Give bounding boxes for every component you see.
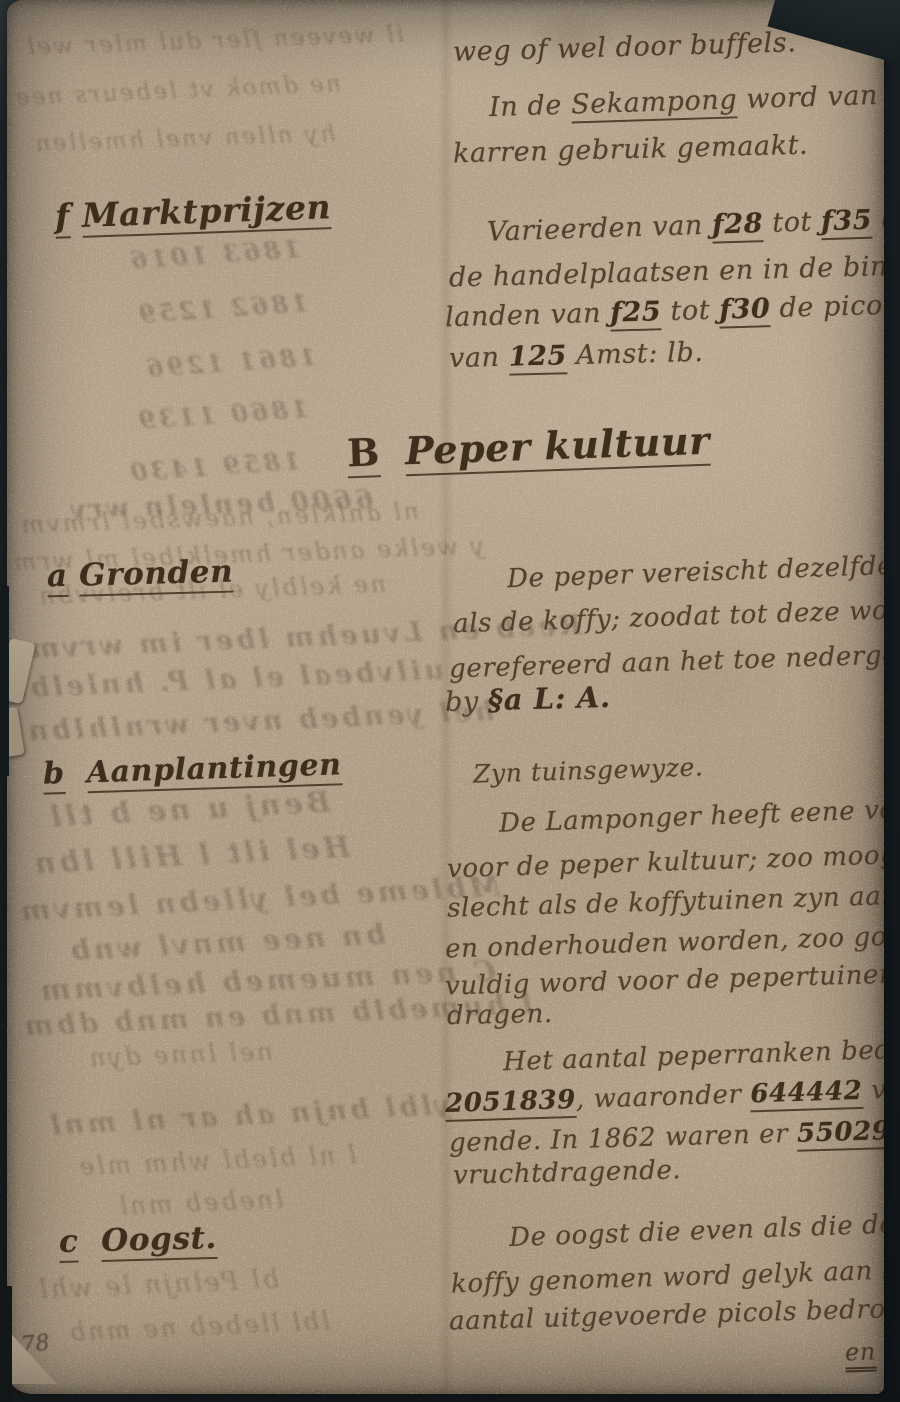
item-title: Marktprijzen [81,187,332,238]
margin-heading-oogst: c Oogst. [59,1220,218,1260]
catchword: en [845,1337,877,1366]
bleedthrough-line: hy nllen vnel hmellen [33,121,336,158]
bleedthrough-line: bn nee mnvl wnb [66,918,386,968]
paper-stain [97,1060,257,1170]
line-fragment: vruchtdra, [862,1071,884,1106]
line-fragment: landen van [445,298,611,334]
manuscript-line: en onderhouden worden, zoo goed en zorg, [445,918,884,965]
item-letter: f [54,196,70,238]
manuscript-line: van 125 Amst: lb. [449,337,704,374]
line-fragment: word van [737,80,879,115]
underlined-number: 550299 [797,1116,884,1152]
bleedthrough-table-row: 1861 1296 [142,342,317,383]
manuscript-line: de handelplaatsen en in de binnen, [449,249,884,293]
manuscript-line: In de Sekampong word van [489,80,879,123]
line-fragment: by [445,686,489,718]
section-heading-peper-kultuur: B Peper kultuur [346,418,710,476]
bleedthrough-line: lbl llebeb ne mnb [66,1306,330,1346]
underlined-amount: 125 [508,340,567,375]
line-fragment: tot [763,206,822,239]
line-fragment: Amst: lb. [567,337,704,371]
item-title: Gronden [79,554,234,597]
bleedthrough-table-row: 1862 1259 [134,288,309,329]
bleedthrough-line: nl anlklen, naewsbel lrmvm [19,497,420,539]
bleedthrough-line: Mbleme bel yllebn lemvm [16,869,501,927]
manuscript-line: vruchtdragende. [453,1155,682,1191]
manuscript-line: De oogst die even als die der [509,1209,884,1253]
manuscript-line: De peper vereischt dezelfde grond [507,548,884,595]
bleedthrough-table-row: 1860 1139 [134,394,309,435]
underlined-amount: ƒ28 [712,208,764,244]
bleedthrough-line: 6600 benleln wrv [67,485,374,526]
item-letter: a [47,558,69,598]
bleedthrough-line: nel lnne dyn [87,1037,274,1072]
bleedthrough-table-row: 1859 1430 [126,446,301,487]
manuscript-line: Zyn tuinsgewyze. [473,752,704,788]
manuscript-line: Het aantal peperranken bedraagt [503,1033,884,1078]
reference-mark: §a L: A. [488,680,611,717]
manuscript-line: landen van ƒ25 tot ƒ30 de picol [445,290,884,333]
bleedthrough-line: Hel ilt l Hill lbn [30,830,351,881]
manuscript-line: karren gebruik gemaakt. [453,130,809,170]
manuscript-line: voor de peper kultuur; zoo mooglyk en [447,838,884,885]
manuscript-line: weg of wel door buffels. [453,27,797,68]
manuscript-photo: il weveen fler dul mler wel ne dmok vt l… [0,0,900,1402]
item-letter: c [59,1224,79,1263]
item-letter: b [43,756,66,795]
manuscript-line: 2051839, waaronder 644442 vruchtdra, [445,1071,884,1119]
paper-tear-tab [7,707,25,758]
manuscript-page: il weveen fler dul mler wel ne dmok vt l… [7,0,884,1394]
manuscript-line: by §a L: A. [445,680,611,718]
underlined-amount: ƒ35 [821,205,873,241]
bleedthrough-line: hel yenbeb nver wrnlhlbn [25,696,495,747]
bleedthrough-line: il weveen fler dul mler wel [25,21,405,60]
line-fragment: de picol [770,290,884,324]
line-fragment: op [872,203,884,235]
underlined-word: Sekampong [571,84,738,123]
line-fragment: , waaronder [575,1079,750,1114]
line-fragment: gende. In 1862 waren er [449,1119,798,1159]
underlined-number: 644442 [750,1076,863,1113]
bleedthrough-line: ylbl bnjn ah ar nl mnl [46,1089,451,1141]
manuscript-line: De Lamponger heeft eene voorliefde [499,791,884,839]
line-fragment: tot [661,295,720,328]
manuscript-line: slecht als de koffytuinen zyn aangelegd [447,878,884,923]
manuscript-line: gerefereerd aan het toe nedergestelde [449,638,884,685]
bleedthrough-table-row: 1863 1016 [126,234,301,275]
margin-heading-aanplantingen: b Aanplantingen [43,747,343,791]
line-fragment: Varieerden van [487,210,713,248]
manuscript-line: aantal uitgevoerde picols bedroeg [449,1293,884,1336]
manuscript-line: als de koffy; zoodat tot deze word [453,595,884,640]
manuscript-line: vuldig word voor de pepertuinen zorg ge, [445,957,884,1002]
bleedthrough-line: ne dmok vt lebeurs nee [13,71,342,111]
catchword-text: en [845,1337,877,1372]
paper-tear-tab [7,638,36,704]
margin-heading-gronden: a Gronden [47,554,234,595]
manuscript-line: koffy genomen word gelyk aan het [451,1255,884,1300]
bleedthrough-line: bl Pelnjn le whl [36,1265,279,1306]
underlined-amount: ƒ30 [719,293,771,328]
margin-heading-marktprijzen: f Marktprijzen [54,187,331,236]
manuscript-line: gende. In 1862 waren er 550299 [449,1116,884,1159]
item-title: Oogst. [101,1220,218,1262]
underlined-amount: ƒ25 [610,296,662,331]
bleedthrough-line: C nen muemeb helbvmm [36,954,496,1007]
manuscript-line: Varieerden van ƒ28 tot ƒ35 op [487,203,884,247]
line-fragment: van [449,342,509,374]
underlined-number: 2051839 [445,1085,577,1122]
line-fragment: In de [489,90,572,124]
manuscript-line: dragen. [447,999,553,1031]
bleedthrough-line: lnebeb mnl [116,1184,284,1220]
bleedthrough-line: uilvbeal el al P. hnlelbl [13,655,445,705]
paper-stain [607,620,787,740]
section-letter: B [346,429,380,478]
section-title: Peper kultuur [404,418,710,477]
corner-mark: 78 [20,1331,52,1359]
bleedthrough-line: l nl blebl whm mle [77,1140,357,1181]
item-title: Aanplantingen [86,747,342,793]
